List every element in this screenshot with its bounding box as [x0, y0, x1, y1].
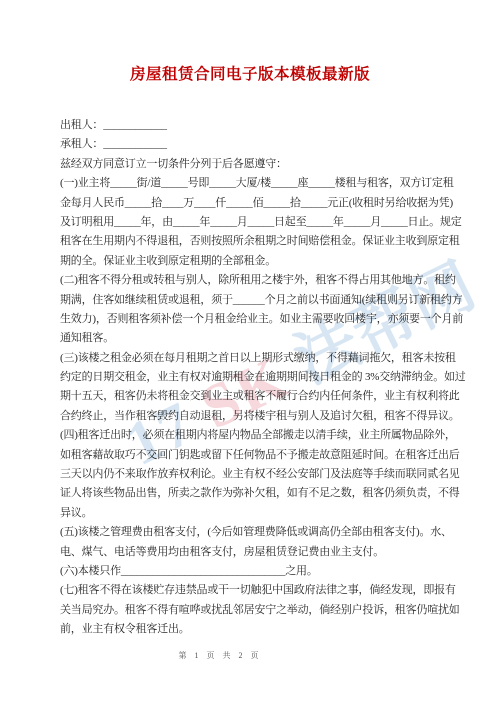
contract-body: 出租人：____________ 承租人：____________ 兹经双方同意… [60, 116, 460, 640]
contract-line: (二)租客不得分租或转租与别人，除所租用之楼宇外，租客不得占用其他地方。租约 [60, 271, 460, 290]
contract-line: (三)该楼之租金必须在每月租期之首日以上期形式缴纳，不得藉词拖欠，租客未按租 [60, 349, 460, 368]
contract-line: 期满，住客如继续租赁或退租，须于______个月之前以书面通知(续租则另订新租约… [60, 291, 460, 310]
contract-line: 及订明租用_____年，由_____年_____月_____日起至_____年_… [60, 213, 460, 232]
contract-line: (五)该楼之管理费由租客支付，(今后如管理费降低或调高仍全部由租客支付)。水、 [60, 523, 460, 542]
contract-line: 合约终止，当作租客毁约自动退租，另将楼宇租与别人及追讨欠租，租客不得异议。 [60, 407, 460, 426]
contract-line: 生效力)，否则租客须补偿一个月租金给业主。如业主需要收回楼宇，亦须要一个月前 [60, 310, 460, 329]
page-number: 第 1 页 共 2 页 [0, 650, 440, 661]
document-page: 17 SK 法帮网 房屋租赁合同电子版本模板最新版 出租人：__________… [0, 0, 500, 706]
contract-line: 金每月人民币_____拾____万____仟_____佰_____拾_____元… [60, 194, 460, 213]
contract-line: 证人将该些物品出售，所卖之款作为弥补欠租，如有不足之数，租客仍须负责，不得 [60, 484, 460, 503]
document-content: 房屋租赁合同电子版本模板最新版 出租人：____________ 承租人：___… [0, 0, 500, 706]
contract-line: (七)租客不得在该楼贮存违禁品或干一切触犯中国政府法律之事，倘经发现，即报有 [60, 581, 460, 600]
contract-line: 兹经双方同意订立一切条件分列于后各愿遵守： [60, 155, 460, 174]
contract-line: 电、煤气、电话等费用均由租客支付，房屋租赁登记费由业主支付。 [60, 543, 460, 562]
contract-line: 前，业主有权令租客迁出。 [60, 620, 460, 639]
contract-line: 租客在生用期内不得退租，否则按照所余租期之时间赔偿租金。保证业主收到原定租 [60, 232, 460, 251]
contract-line: (一)业主将_____街/道_____号即_____大厦/楼_____座____… [60, 174, 460, 193]
contract-line: 约定的日期交租金，业主有权对逾期租金在逾期期间按日租金的 3%交纳滞纳金。如过 [60, 368, 460, 387]
contract-line: 如租客藉故取巧不交回门钥匙或留下任何物品不予搬走故意阻延时间。在租客迁出后 [60, 446, 460, 465]
contract-line: 出租人：____________ [60, 116, 460, 135]
contract-line: 通知租客。 [60, 329, 460, 348]
contract-line: 期的全。保证业主收到原定租期的全部租金。 [60, 252, 460, 271]
page-title: 房屋租赁合同电子版本模板最新版 [0, 62, 500, 84]
contract-line: (四)租客迁出时，必须在租期内将屋内物品全部搬走以清手续，业主所属物品除外， [60, 426, 460, 445]
contract-line: 异议。 [60, 504, 460, 523]
contract-line: 承租人：____________ [60, 135, 460, 154]
contract-line: 期十五天，租客仍未将租金交到业主或租客不履行合约内任何条件，业主有权利将此 [60, 387, 460, 406]
contract-line: 三天以内仍不来取作放弃权利论。业主有权不经公安部门及法庭等手续而联同贰名见 [60, 465, 460, 484]
contract-line: (六)本楼只作_______________________________之用… [60, 562, 460, 581]
contract-line: 关当局究办。租客不得有喧哗或扰乱邻居安宁之举动，倘经别户投诉，租客仍喧扰如 [60, 601, 460, 620]
